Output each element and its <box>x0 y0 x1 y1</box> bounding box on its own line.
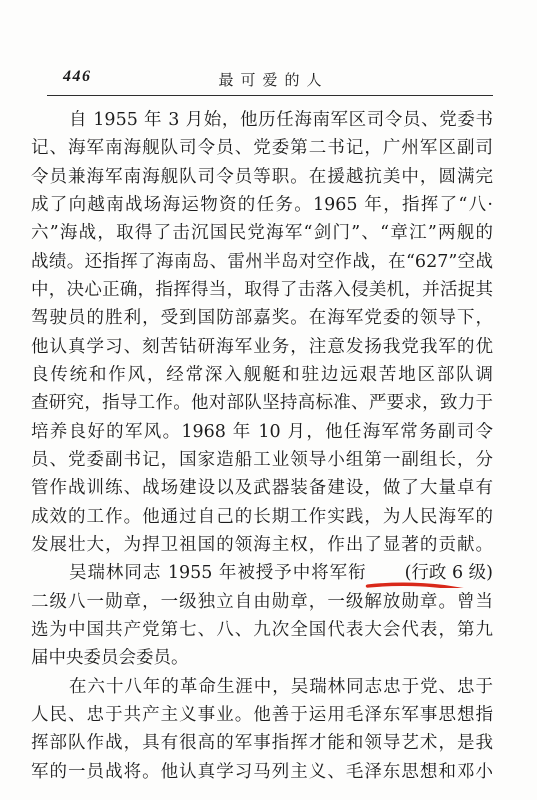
text-line: 查研究，指导工作。他对部队坚持高标准、严要求，致力于 <box>31 389 493 417</box>
text-line: 吴瑞林同志 1955 年被授予中将军衔(行政 6 级)，获 <box>31 559 493 587</box>
text-line: 员、党委副书记，国家造船工业领导小组第一副组长，分 <box>31 446 493 474</box>
text-line: 令员兼海军南海舰队司令员等职。在援越抗美中，圆满完 <box>31 163 493 191</box>
text-line: 人民、忠于共产主义事业。他善于运用毛泽东军事思想指 <box>31 701 493 729</box>
text-line: 良传统和作风，经常深入舰艇和驻边远艰苦地区部队调 <box>31 361 493 389</box>
text-line: 他认真学习、刻苦钻研海军业务，注意发扬我党我军的优 <box>31 333 493 361</box>
text-line: 二级八一勋章，一级独立自由勋章，一级解放勋章。曾当 <box>31 588 493 616</box>
text-line: 在六十八年的革命生涯中，吴瑞林同志忠于党、忠于 <box>31 673 493 701</box>
text-line: 挥部队作战，具有很高的军事指挥才能和领导艺术，是我 <box>31 729 493 757</box>
text-line: 成效的工作。他通过自己的长期工作实践，为人民海军的 <box>31 503 493 531</box>
text-line: 驾驶员的胜利，受到国防部嘉奖。在海军党委的领导下， <box>31 304 493 332</box>
text-line: 记、海军南海舰队司令员、党委第二书记，广州军区副司 <box>31 134 493 162</box>
text-line: 发展壮大，为捍卫祖国的领海主权，作出了显著的贡献。 <box>31 531 493 559</box>
text-line: 管作战训练、战场建设以及武器装备建设，做了大量卓有 <box>31 474 493 502</box>
text-line: 选为中国共产党第七、八、九次全国代表大会代表，第九 <box>31 616 493 644</box>
scanned-book-page: 446 最可爱的人 自 1955 年 3 月始，他历任海南军区司令员、党委书记、… <box>0 0 537 800</box>
book-title: 最可爱的人 <box>47 69 493 90</box>
header-rule <box>47 95 493 96</box>
text-line: 战绩。还指挥了海南岛、雷州半岛对空作战，在“627”空战 <box>31 248 493 276</box>
text-line: 自 1955 年 3 月始，他历任海南军区司令员、党委书 <box>31 106 493 134</box>
text-segment: 吴瑞林同志 1955 年被授予中将军衔 <box>69 563 367 583</box>
text-line: 成了向越南战场海运物资的任务。1965 年，指挥了“八· <box>31 191 493 219</box>
red-underlined-phrase: (行政 6 级) <box>367 559 493 587</box>
text-line: 六”海战，取得了击沉国民党海军“剑门”、“章江”两舰的 <box>31 219 493 247</box>
text-line: 届中央委员会委员。 <box>31 644 493 672</box>
text-line: 培养良好的军风。1968 年 10 月，他任海军常务副司令 <box>31 418 493 446</box>
running-head: 446 最可爱的人 <box>47 66 493 92</box>
text-segment: (行政 6 级) <box>405 563 493 583</box>
text-line: 军的一员战将。他认真学习马列主义、毛泽东思想和邓小 <box>31 758 493 786</box>
text-line: 中，决心正确，指挥得当，取得了击落入侵美机，并活捉其 <box>31 276 493 304</box>
body-text: 自 1955 年 3 月始，他历任海南军区司令员、党委书记、海军南海舰队司令员、… <box>31 106 493 786</box>
